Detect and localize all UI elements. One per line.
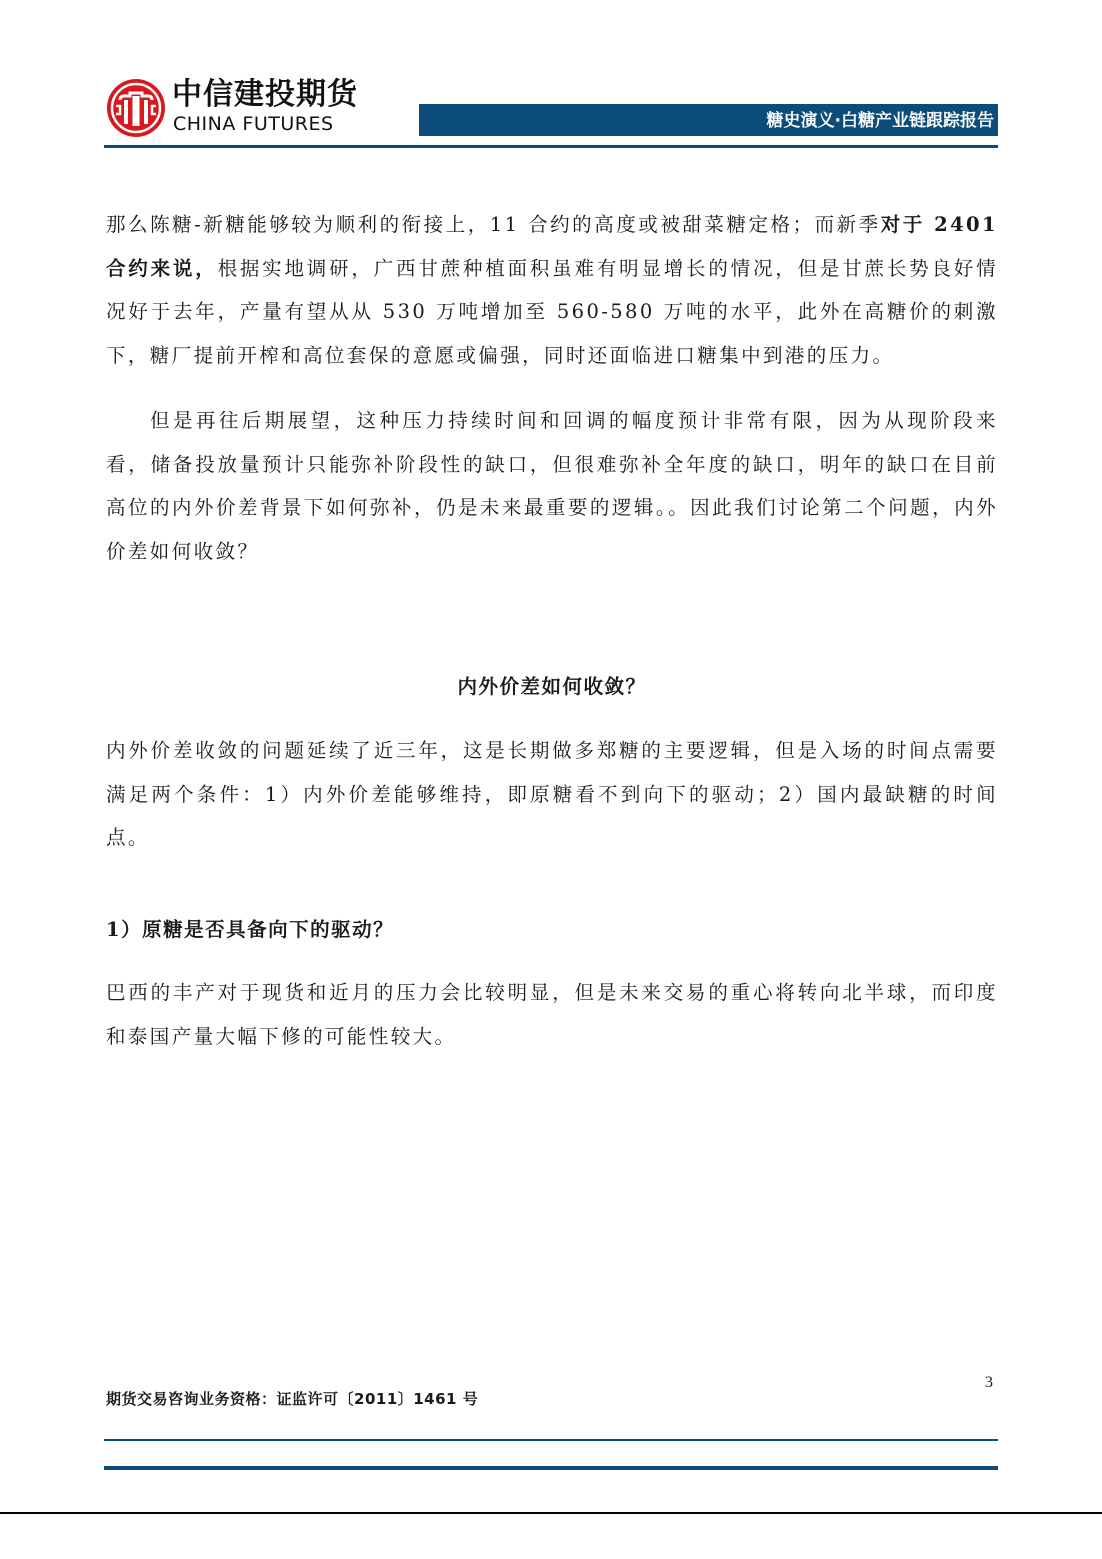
report-title-banner: 糖史演义·白糖产业链跟踪报告 — [419, 104, 998, 136]
report-title: 糖史演义·白糖产业链跟踪报告 — [767, 110, 994, 132]
paragraph-1-text-a: 那么陈糖-新糖能够较为顺利的衔接上，11 合约的高度或被甜菜糖定格；而新季 — [106, 213, 881, 236]
footer-divider-thick — [104, 1466, 998, 1470]
subsection-heading: 1）原糖是否具备向下的驱动？ — [106, 914, 394, 942]
paragraph-4: 巴西的丰产对于现货和近月的压力会比较明显，但是未来交易的重心将转向北半球，而印度… — [106, 971, 998, 1058]
brand-name-cn: 中信建投期货 — [172, 78, 358, 112]
page-number: 3 — [985, 1374, 993, 1392]
paragraph-3: 内外价差收敛的问题延续了近三年，这是长期做多郑糖的主要逻辑，但是入场的时间点需要… — [106, 729, 998, 860]
paragraph-1: 那么陈糖-新糖能够较为顺利的衔接上，11 合约的高度或被甜菜糖定格；而新季对于 … — [106, 203, 998, 377]
section-heading: 内外价差如何收敛？ — [106, 671, 998, 699]
page-edge-line — [0, 1512, 1102, 1514]
footer-divider-thin — [104, 1439, 998, 1441]
citic-logo-icon — [106, 78, 166, 138]
header-divider — [104, 145, 998, 148]
paragraph-2: 但是再往后期展望，这种压力持续时间和回调的幅度预计非常有限，因为从现阶段来看，储… — [106, 399, 998, 573]
license-statement: 期货交易咨询业务资格：证监许可〔2011〕1461 号 — [106, 1388, 478, 1409]
brand-name-en: CHINA FUTURES — [173, 113, 334, 135]
paragraph-1-text-b: 根据实地调研，广西甘蔗种植面积虽难有明显增长的情况，但是甘蔗长势良好情况好于去年… — [106, 257, 998, 367]
